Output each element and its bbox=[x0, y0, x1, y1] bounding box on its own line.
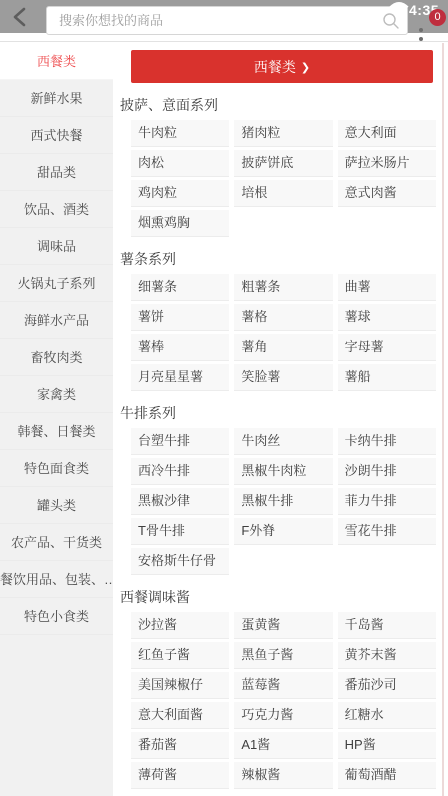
main-area: 西餐类 新鲜水果 西式快餐 甜品类 饮品、酒类 调味品 火锅丸子系列 海鲜水产品… bbox=[0, 43, 448, 796]
sidebar-item[interactable]: 西餐类 bbox=[0, 43, 113, 80]
sidebar-list: 西餐类 新鲜水果 西式快餐 甜品类 饮品、酒类 调味品 火锅丸子系列 海鲜水产品… bbox=[0, 43, 113, 635]
sidebar-item-label: 特色面食类 bbox=[24, 461, 89, 476]
sidebar-item[interactable]: 特色面食类 bbox=[0, 450, 113, 487]
sidebar-item-label: 韩餐、日餐类 bbox=[17, 424, 95, 439]
search-bar bbox=[46, 6, 408, 35]
sidebar-item-label: 特色小食类 bbox=[24, 609, 89, 624]
section-title: 薯条系列 bbox=[120, 249, 436, 269]
subcategory-cell[interactable]: 牛肉丝 bbox=[234, 428, 332, 455]
sidebar-item[interactable]: 火锅丸子系列 bbox=[0, 265, 113, 302]
subcategory-cell[interactable]: 细薯条 bbox=[131, 274, 229, 301]
sidebar-item-label: 农产品、干货类 bbox=[11, 535, 102, 550]
subcategory-cell[interactable]: 意大利面 bbox=[338, 120, 436, 147]
subcategory-cell[interactable]: F外脊 bbox=[234, 518, 332, 545]
subcategory-cell[interactable]: 月亮星星薯 bbox=[131, 364, 229, 391]
subcategory-cell[interactable]: 蓝莓酱 bbox=[234, 672, 332, 699]
subcategory-section: 西餐调味酱 沙拉酱蛋黄酱千岛酱红鱼子酱黑鱼子酱黄芥末酱美国辣椒仔蓝莓酱番茄沙司意… bbox=[113, 587, 448, 789]
subcategory-cell[interactable]: 笑脸薯 bbox=[234, 364, 332, 391]
sidebar-item-label: 火锅丸子系列 bbox=[17, 276, 95, 291]
subcategory-cell[interactable]: 牛肉粒 bbox=[131, 120, 229, 147]
subcategory-panel: 西餐类 ❯ 披萨、意面系列 牛肉粒猪肉粒意大利面肉松披萨饼底萨拉米肠片鸡肉粒培根… bbox=[113, 43, 448, 796]
notification-badge: 0 bbox=[429, 9, 446, 26]
back-chevron-icon bbox=[8, 17, 34, 34]
section-title: 牛排系列 bbox=[120, 403, 436, 423]
sidebar-item-label: 畜牧肉类 bbox=[30, 350, 82, 365]
sidebar-item[interactable]: 畜牧肉类 bbox=[0, 339, 113, 376]
subcategory-section: 牛排系列 台塑牛排牛肉丝卡纳牛排西冷牛排黑椒牛肉粒沙朗牛排黑椒沙律黑椒牛排菲力牛… bbox=[113, 403, 448, 575]
sidebar-item[interactable]: 饮品、酒类 bbox=[0, 191, 113, 228]
sidebar-item[interactable]: 罐头类 bbox=[0, 487, 113, 524]
sidebar-item[interactable]: 西式快餐 bbox=[0, 117, 113, 154]
subcategory-cell[interactable]: 薯角 bbox=[234, 334, 332, 361]
subcategory-cell[interactable]: 美国辣椒仔 bbox=[131, 672, 229, 699]
sidebar-item[interactable]: 海鲜水产品 bbox=[0, 302, 113, 339]
sidebar-item-label: 西餐类 bbox=[37, 54, 76, 69]
subcategory-cell[interactable]: 肉松 bbox=[131, 150, 229, 177]
subcategory-cell[interactable]: 千岛酱 bbox=[338, 612, 436, 639]
subcategory-cell[interactable]: 卡纳牛排 bbox=[338, 428, 436, 455]
sidebar-item[interactable]: 特色小食类 bbox=[0, 598, 113, 635]
scrollbar-track bbox=[442, 43, 444, 796]
sidebar-item[interactable]: 韩餐、日餐类 bbox=[0, 413, 113, 450]
sidebar-item-label: 罐头类 bbox=[37, 498, 76, 513]
subcategory-cell[interactable]: 沙朗牛排 bbox=[338, 458, 436, 485]
subcategory-cell[interactable]: T骨牛排 bbox=[131, 518, 229, 545]
category-banner[interactable]: 西餐类 ❯ bbox=[131, 50, 433, 83]
subcategory-cell[interactable]: 红鱼子酱 bbox=[131, 642, 229, 669]
subcategory-cell[interactable]: 薯球 bbox=[338, 304, 436, 331]
section-list: 披萨、意面系列 牛肉粒猪肉粒意大利面肉松披萨饼底萨拉米肠片鸡肉粒培根意式肉酱烟熏… bbox=[113, 95, 448, 789]
subcategory-cell[interactable]: 葡萄酒醋 bbox=[338, 762, 436, 789]
subcategory-cell[interactable]: 黄芥末酱 bbox=[338, 642, 436, 669]
subcategory-grid: 沙拉酱蛋黄酱千岛酱红鱼子酱黑鱼子酱黄芥末酱美国辣椒仔蓝莓酱番茄沙司意大利面酱巧克… bbox=[131, 612, 436, 789]
subcategory-cell[interactable]: 意大利面酱 bbox=[131, 702, 229, 729]
subcategory-cell[interactable]: 菲力牛排 bbox=[338, 488, 436, 515]
sidebar-item-label: 调味品 bbox=[37, 239, 76, 254]
subcategory-cell[interactable]: 番茄酱 bbox=[131, 732, 229, 759]
overflow-menu-icon[interactable] bbox=[417, 28, 425, 46]
subcategory-cell[interactable]: 安格斯牛仔骨 bbox=[131, 548, 229, 575]
sidebar-item[interactable]: 新鲜水果 bbox=[0, 80, 113, 117]
subcategory-cell[interactable]: 红糖水 bbox=[338, 702, 436, 729]
subcategory-cell[interactable]: 雪花牛排 bbox=[338, 518, 436, 545]
subcategory-cell[interactable]: 黑椒牛肉粒 bbox=[234, 458, 332, 485]
subcategory-cell[interactable]: 番茄沙司 bbox=[338, 672, 436, 699]
subcategory-cell[interactable]: 巧克力酱 bbox=[234, 702, 332, 729]
subcategory-cell[interactable]: 沙拉酱 bbox=[131, 612, 229, 639]
chevron-right-icon: ❯ bbox=[301, 61, 310, 74]
wifi-icon bbox=[389, 1, 409, 18]
sidebar-item[interactable]: 餐饮用品、包装、… bbox=[0, 561, 113, 598]
subcategory-cell[interactable]: 猪肉粒 bbox=[234, 120, 332, 147]
sidebar-item[interactable]: 家禽类 bbox=[0, 376, 113, 413]
section-title: 披萨、意面系列 bbox=[120, 95, 436, 115]
search-input[interactable] bbox=[47, 7, 407, 34]
subcategory-cell[interactable]: 披萨饼底 bbox=[234, 150, 332, 177]
banner-label: 西餐类 bbox=[254, 57, 296, 77]
subcategory-cell[interactable]: 黑椒沙律 bbox=[131, 488, 229, 515]
subcategory-cell[interactable]: 薯船 bbox=[338, 364, 436, 391]
sidebar-item-label: 餐饮用品、包装、… bbox=[0, 572, 113, 587]
sidebar-item-label: 甜品类 bbox=[37, 165, 76, 180]
sidebar-item[interactable]: 调味品 bbox=[0, 228, 113, 265]
subcategory-cell[interactable]: 萨拉米肠片 bbox=[338, 150, 436, 177]
subcategory-cell[interactable]: 意式肉酱 bbox=[338, 180, 436, 207]
subcategory-cell[interactable]: 黑鱼子酱 bbox=[234, 642, 332, 669]
sidebar-item-label: 饮品、酒类 bbox=[24, 202, 89, 217]
subcategory-cell[interactable]: 黑椒牛排 bbox=[234, 488, 332, 515]
subcategory-cell[interactable]: 薄荷酱 bbox=[131, 762, 229, 789]
sidebar-item-label: 海鲜水产品 bbox=[24, 313, 89, 328]
subcategory-cell[interactable]: 辣椒酱 bbox=[234, 762, 332, 789]
subcategory-cell[interactable]: 粗薯条 bbox=[234, 274, 332, 301]
sidebar-item-label: 新鲜水果 bbox=[30, 91, 82, 106]
sidebar-item[interactable]: 农产品、干货类 bbox=[0, 524, 113, 561]
category-sidebar: 西餐类 新鲜水果 西式快餐 甜品类 饮品、酒类 调味品 火锅丸子系列 海鲜水产品… bbox=[0, 43, 113, 796]
subcategory-cell[interactable]: 薯格 bbox=[234, 304, 332, 331]
subcategory-cell[interactable]: 鸡肉粒 bbox=[131, 180, 229, 207]
subcategory-cell[interactable]: A1酱 bbox=[234, 732, 332, 759]
sidebar-item-label: 家禽类 bbox=[37, 387, 76, 402]
subcategory-grid: 牛肉粒猪肉粒意大利面肉松披萨饼底萨拉米肠片鸡肉粒培根意式肉酱烟熏鸡胸 bbox=[131, 120, 436, 237]
subcategory-section: 披萨、意面系列 牛肉粒猪肉粒意大利面肉松披萨饼底萨拉米肠片鸡肉粒培根意式肉酱烟熏… bbox=[113, 95, 448, 237]
subcategory-grid: 细薯条粗薯条曲薯薯饼薯格薯球薯棒薯角字母薯月亮星星薯笑脸薯薯船 bbox=[131, 274, 436, 391]
subcategory-cell[interactable]: 台塑牛排 bbox=[131, 428, 229, 455]
subcategory-cell[interactable]: 培根 bbox=[234, 180, 332, 207]
subcategory-cell[interactable]: 曲薯 bbox=[338, 274, 436, 301]
subcategory-cell[interactable]: 烟熏鸡胸 bbox=[131, 210, 229, 237]
back-button[interactable] bbox=[8, 4, 34, 30]
subcategory-grid: 台塑牛排牛肉丝卡纳牛排西冷牛排黑椒牛肉粒沙朗牛排黑椒沙律黑椒牛排菲力牛排T骨牛排… bbox=[131, 428, 436, 575]
subcategory-cell[interactable]: HP酱 bbox=[338, 732, 436, 759]
sidebar-item[interactable]: 甜品类 bbox=[0, 154, 113, 191]
subcategory-cell[interactable]: 蛋黄酱 bbox=[234, 612, 332, 639]
sidebar-item-label: 西式快餐 bbox=[30, 128, 82, 143]
subcategory-cell[interactable]: 西冷牛排 bbox=[131, 458, 229, 485]
subcategory-cell[interactable]: 字母薯 bbox=[338, 334, 436, 361]
subcategory-cell[interactable]: 薯棒 bbox=[131, 334, 229, 361]
section-title: 西餐调味酱 bbox=[120, 587, 436, 607]
subcategory-cell[interactable]: 薯饼 bbox=[131, 304, 229, 331]
subcategory-section: 薯条系列 细薯条粗薯条曲薯薯饼薯格薯球薯棒薯角字母薯月亮星星薯笑脸薯薯船 bbox=[113, 249, 448, 391]
